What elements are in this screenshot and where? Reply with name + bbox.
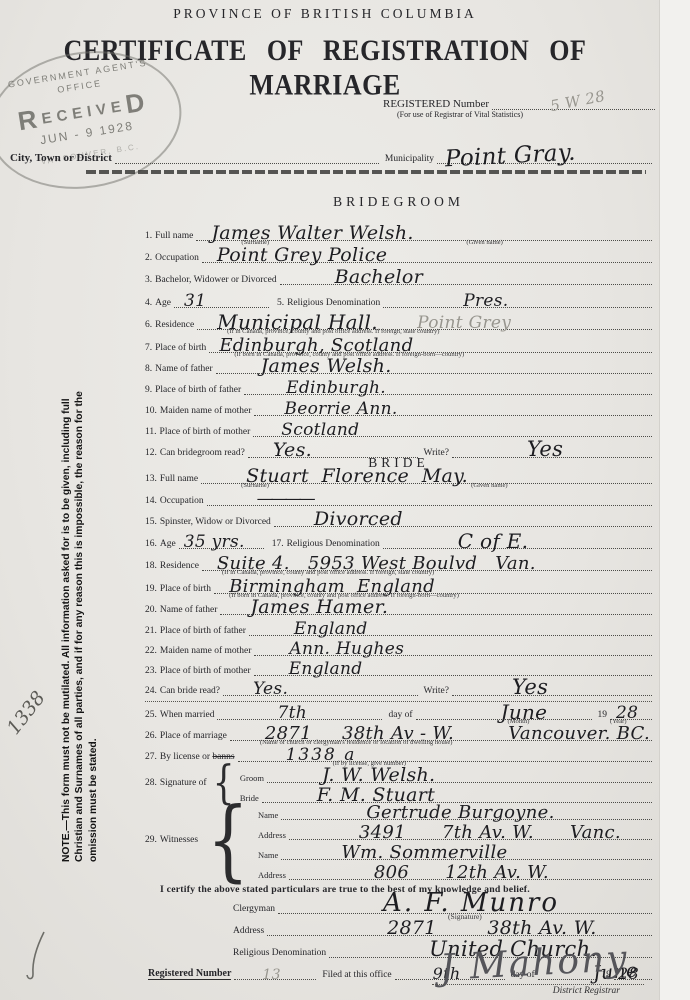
groom-mother-birthplace-value: Scotland [281, 422, 359, 439]
given-name-subcaption: (Given name) [466, 239, 502, 246]
field-line: Point Grey Police [202, 248, 652, 263]
registered-number-subcaption: (For use of Registrar of Vital Statistic… [397, 110, 523, 119]
field-label: Age [160, 539, 176, 549]
bride-read-value: Yes. [253, 681, 288, 698]
denomination-label: Religious Denomination [233, 948, 326, 958]
field-groom-residence: 6. Residence Municipal Hall. Point Grey … [145, 316, 652, 330]
name-label: Name [258, 810, 278, 820]
field-number: 28. [145, 778, 157, 788]
groom-religion-value: Pres. [463, 293, 508, 310]
field-number: 11. [145, 427, 157, 437]
field-label: Age [155, 298, 171, 308]
field-bride-mother: 22. Maiden name of mother Ann. Hughes [145, 642, 652, 656]
bride-full-name-value: Stuart Florence May. [246, 467, 468, 486]
field-number: 10. [145, 406, 157, 416]
field-label: Place of birth of father [160, 626, 246, 636]
field-line: ———— [207, 491, 652, 506]
given-name-subcaption: (Given name) [471, 482, 507, 489]
city-label: City, Town or District [10, 152, 112, 164]
field-number: 8. [145, 364, 152, 374]
field-label: Bachelor, Widower or Divorced [155, 275, 276, 285]
district-registrar-label: District Registrar [553, 986, 620, 996]
bride-father-value: James Hamer. [250, 598, 388, 617]
witness2-name-row: Name Wm. Sommerville [258, 840, 652, 860]
field-line: 3491 7th Av. W. Vanc. [289, 819, 652, 840]
witness-lines: Name Gertrude Burgoyne. Address 3491 7th… [258, 800, 652, 880]
field-line: Yes. [223, 681, 418, 696]
district-registrar-line [432, 984, 644, 985]
municipality-label: Municipality [385, 154, 434, 164]
pen-mark [22, 930, 48, 982]
field-line: James Walter Welsh. (Surname) (Given nam… [196, 226, 652, 241]
field-number: 4. [145, 298, 152, 308]
field-line: Edinburgh, Scotland (If born in Canada, … [209, 338, 652, 353]
bride-status-value: Divorced [314, 510, 403, 529]
field-clergyman: Clergyman A. F. Munro (Signature) [233, 900, 652, 914]
signature-lines: Groom J. W. Welsh. Bride F. M. Stuart [240, 763, 652, 803]
city-line [115, 147, 379, 164]
married-day-value: 7th [277, 705, 307, 722]
field-number: 25. [145, 710, 157, 720]
registered-number-bottom-label: Registered Number [148, 968, 231, 980]
field-number: 29. [145, 835, 157, 845]
registered-pencil-value: 13 [262, 968, 280, 982]
field-line: C of E. [383, 534, 652, 549]
write-label: Write? [424, 686, 449, 696]
field-place-of-marriage: 26. Place of marriage 2871 38th Av - W. … [145, 727, 652, 741]
margin-number: 1338 [3, 687, 50, 739]
field-label: Maiden name of mother [160, 646, 252, 656]
field-label: Full name [155, 231, 193, 241]
field-bride-occupation: 14. Occupation ———— [145, 492, 652, 506]
field-line: Birmingham England (If born in Canada, p… [214, 579, 652, 594]
field-bride-father: 20. Name of father James Hamer. [145, 601, 652, 615]
field-label: Religious Denomination [287, 539, 380, 549]
field-number: 24. [145, 686, 157, 696]
field-line: James Hamer. [220, 600, 652, 615]
field-groom-age-religion: 4. Age 31 5. Religious Denomination Pres… [145, 294, 652, 308]
field-groom-father: 8. Name of father James Welsh. [145, 360, 652, 374]
field-line: 35 yrs. [179, 534, 264, 549]
field-number: 15. [145, 517, 157, 527]
witness2-address-value: 806 12th Av. W. [374, 864, 549, 882]
field-groom-occupation: 2. Occupation Point Grey Police [145, 249, 652, 263]
margin-note: NOTE.—This form must not be mutilated. A… [60, 376, 100, 862]
scan-edge [659, 0, 690, 1000]
field-label: Witnesses [160, 835, 198, 845]
field-line: Scotland [253, 422, 652, 437]
field-line: 2871 38th Av - W. Vancouver. BC. (Name o… [230, 726, 652, 741]
field-label: Place of marriage [160, 731, 227, 741]
district-registrar-signature: J Mahony [439, 941, 629, 987]
field-bride-status: 15. Spinster, Widow or Divorced Divorced [145, 513, 652, 527]
witness1-address-row: Address 3491 7th Av. W. Vanc. [258, 820, 652, 840]
field-line: A. F. Munro (Signature) [278, 899, 652, 914]
field-number: 6. [145, 320, 152, 330]
groom-father-value: James Welsh. [261, 357, 392, 376]
field-line: 28 (Year) [610, 705, 652, 720]
field-line: 13 [234, 965, 316, 980]
field-groom-birthplace: 7. Place of birth Edinburgh, Scotland (I… [145, 339, 652, 353]
field-line: 31 [174, 293, 269, 308]
address-label: Address [233, 926, 264, 936]
field-label: Place of birth of father [155, 385, 241, 395]
field-number: 26. [145, 731, 157, 741]
groom-status-value: Bachelor [335, 268, 423, 287]
bride-write-value: Yes [512, 677, 548, 698]
brace: { [207, 800, 249, 879]
field-number: 5. [277, 298, 284, 308]
registered-number-line: 5 W 28 [492, 95, 655, 110]
field-label: Can bride read? [160, 686, 220, 696]
field-number: 20. [145, 605, 157, 615]
field-when-married: 25. When married 7th day of June (Month)… [145, 706, 652, 720]
field-groom-father-birthplace: 9. Place of birth of father Edinburgh. [145, 381, 652, 395]
bride-mother-birthplace-value: England [289, 661, 363, 678]
surname-subcaption: (Surname) [241, 482, 269, 489]
residence-subcaption: (If in Canada, province, county and post… [222, 569, 434, 576]
field-line: Gertrude Burgoyne. [281, 799, 652, 820]
witness1-name-row: Name Gertrude Burgoyne. [258, 800, 652, 820]
field-label: Full name [160, 474, 198, 484]
certificate-document: PROVINCE OF BRITISH COLUMBIA CERTIFICATE… [0, 0, 690, 1000]
registered-number-label: REGISTERED Number [383, 98, 489, 110]
field-line: Edinburgh. [244, 380, 652, 395]
clergyman-address-value: 2871 38th Av. W. [387, 919, 596, 938]
field-number: 14. [145, 496, 157, 506]
field-clergyman-address: Address 2871 38th Av. W. [233, 922, 652, 936]
field-number: 19. [145, 584, 157, 594]
field-groom-status: 3. Bachelor, Widower or Divorced Bachelo… [145, 271, 652, 285]
groom-age-value: 31 [184, 293, 206, 310]
registered-number-row: REGISTERED Number 5 W 28 [383, 96, 655, 110]
field-bride-birthplace: 19. Place of birth Birmingham England (I… [145, 580, 652, 594]
field-label: Place of birth [160, 584, 211, 594]
field-line: 806 12th Av. W. [289, 859, 652, 880]
field-label: Name of father [160, 605, 218, 615]
clergyman-label: Clergyman [233, 904, 275, 914]
field-number: 21. [145, 626, 157, 636]
field-label: Place of birth of mother [160, 427, 251, 437]
field-label: Maiden name of mother [160, 406, 252, 416]
field-label: Signature of [160, 778, 207, 788]
field-number: 2. [145, 253, 152, 263]
section-separator [145, 701, 652, 702]
name-label: Name [258, 850, 278, 860]
field-witnesses: 29. Witnesses { Name Gertrude Burgoyne. … [145, 798, 652, 882]
province-title: PROVINCE OF BRITISH COLUMBIA [0, 6, 650, 22]
field-line: Wm. Sommerville [281, 839, 652, 860]
city-municipality-row: City, Town or District Municipality Poin… [10, 148, 652, 164]
filed-label: Filed at this office [322, 970, 391, 980]
field-bride-residence: 18. Residence Suite 4. 5953 West Boulvd … [145, 557, 652, 571]
field-bride-age-religion: 16. Age 35 yrs. 17. Religious Denominati… [145, 535, 652, 549]
bride-occupation-value: ———— [257, 491, 313, 508]
field-groom-mother: 10. Maiden name of mother Beorrie Ann. [145, 402, 652, 416]
field-number: 22. [145, 646, 157, 656]
field-line: Pres. [383, 293, 652, 308]
field-label: Occupation [155, 253, 199, 263]
field-line: England [254, 661, 652, 676]
field-bride-father-birthplace: 21. Place of birth of father England [145, 622, 652, 636]
field-label: Spinster, Widow or Divorced [160, 517, 271, 527]
field-line: England [249, 621, 652, 636]
field-line: Municipal Hall. Point Grey (If in Canada… [197, 315, 652, 330]
field-line: Suite 4. 5953 West Boulvd Van. (If in Ca… [202, 556, 652, 571]
field-label: Residence [160, 561, 199, 571]
field-label: Religious Denomination [287, 298, 380, 308]
field-number: 16. [145, 539, 157, 549]
municipality-value: Point Gray. [444, 142, 576, 172]
field-groom-full-name: 1. Full name James Walter Welsh. (Surnam… [145, 227, 652, 241]
field-number: 17. [272, 539, 284, 549]
groom-father-birthplace-value: Edinburgh. [286, 380, 386, 397]
field-line: 7th [217, 705, 382, 720]
bride-father-birthplace-value: England [294, 621, 368, 638]
bride-religion-value: C of E. [458, 531, 529, 551]
field-number: 18. [145, 561, 157, 571]
field-number: 3. [145, 275, 152, 285]
groom-label: Groom [240, 773, 264, 783]
field-label: Residence [155, 320, 194, 330]
bride-age-value: 35 yrs. [184, 534, 245, 551]
field-line: Stuart Florence May. (Surname) (Given na… [201, 469, 652, 484]
groom-occupation-value: Point Grey Police [217, 246, 387, 265]
field-number: 23. [145, 666, 157, 676]
field-label: Occupation [160, 496, 204, 506]
year-prefix: 19 [598, 710, 608, 720]
field-line: Yes [452, 681, 652, 696]
address-label: Address [258, 870, 286, 880]
field-label: Name of father [155, 364, 213, 374]
field-line: J. W. Welsh. [267, 762, 652, 783]
bridegroom-heading: BRIDEGROOM [145, 194, 652, 210]
field-line: James Welsh. [216, 359, 652, 374]
field-line: 2871 38th Av. W. [267, 921, 652, 936]
field-label: Place of birth of mother [160, 666, 251, 676]
field-label: When married [160, 710, 215, 720]
groom-mother-value: Beorrie Ann. [284, 401, 397, 418]
field-line: June (Month) [416, 705, 592, 720]
field-number: 7. [145, 343, 152, 353]
field-number: 13. [145, 474, 157, 484]
field-bride-mother-birthplace: 23. Place of birth of mother England [145, 662, 652, 676]
field-bride-literacy: 24. Can bride read? Yes. Write? Yes [145, 682, 652, 696]
groom-signature-row: Groom J. W. Welsh. [240, 763, 652, 783]
field-line: Divorced [274, 512, 652, 527]
municipality-line: Point Gray. [437, 147, 652, 164]
field-label: Place of birth [155, 343, 206, 353]
field-bride-full-name: 13. Full name Stuart Florence May. (Surn… [145, 470, 652, 484]
residence-subcaption: (If in Canada, province, county and post… [227, 328, 439, 335]
field-line: Bachelor [280, 270, 652, 285]
day-of-label: day of [388, 710, 412, 720]
witness2-address-row: Address 806 12th Av. W. [258, 860, 652, 880]
field-number: 9. [145, 385, 152, 395]
field-line: Beorrie Ann. [254, 401, 652, 416]
section-divider-rule [86, 170, 646, 174]
bride-mother-value: Ann. Hughes [289, 641, 404, 658]
field-line: Ann. Hughes [254, 641, 652, 656]
field-groom-mother-birthplace: 11. Place of birth of mother Scotland [145, 423, 652, 437]
field-number: 1. [145, 231, 152, 241]
